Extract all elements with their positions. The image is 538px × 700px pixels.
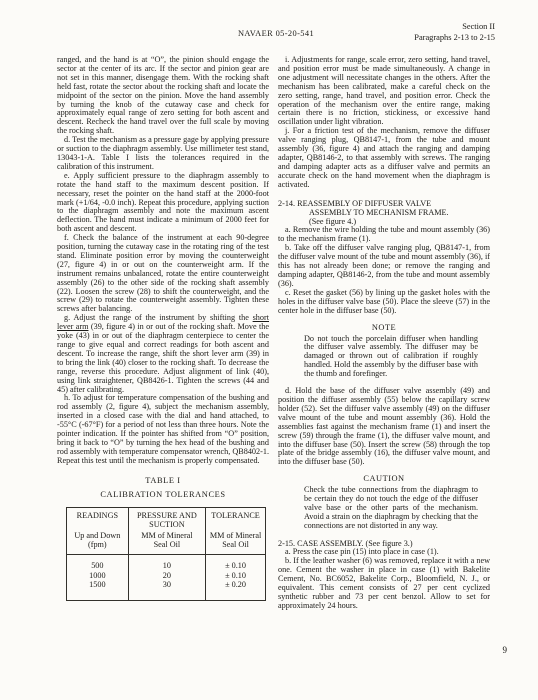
note-body: Do not touch the porcelain diffuser when… [278,335,490,380]
heading-2-14-line1: 2-14. REASSEMBLY OF DIFFUSER VALVE [278,199,490,208]
pressure-column-header: PRESSURE AND SUCTION MM of Mineral Seal … [128,507,205,554]
paragraph-continuation: ranged, and the hand is at “O”, the pini… [57,56,269,136]
section-label: Section II [414,22,495,33]
pressure-header-main: PRESSURE AND SUCTION [131,511,203,530]
tolerance-value: ± 0.20 [206,580,266,600]
paragraph-j: j. For a friction test of the mechanism,… [278,127,490,189]
tolerance-header-sub: MM of Mineral Seal Oil [208,531,263,550]
reading-value: 500 [67,555,129,571]
table-header: READINGS Up and Down (fpm) PRESSURE AND … [67,507,266,554]
note-heading: NOTE [278,323,490,332]
tolerance-header-main: TOLERANCE [208,511,263,530]
paragraph-e: e. Apply sufficient pressure to the diap… [57,172,269,234]
paragraph-d: d. Test the mechanism as a pressure gage… [57,136,269,172]
paragraph-h: h. To adjust for temperature compensatio… [57,394,269,465]
tolerance-column-header: TOLERANCE MM of Mineral Seal Oil [206,507,266,554]
paragraph-d2: d. Hold the base of the diffuser valve a… [278,387,490,467]
table-subtitle: CALIBRATION TOLERANCES [57,490,269,499]
header-right-block: Section II Paragraphs 2-13 to 2-15 [414,22,495,43]
two-column-body: ranged, and the hand is at “O”, the pini… [57,56,490,610]
pressure-value: 20 [128,571,205,581]
right-column: i. Adjustments for range, scale error, z… [278,56,490,610]
paragraph-range: Paragraphs 2-13 to 2-15 [414,33,495,44]
readings-header-main: READINGS [69,511,126,530]
paragraph-f: f. Check the balance of the instrument a… [57,234,269,314]
reading-value: 1500 [67,580,129,600]
left-column: ranged, and the hand is at “O”, the pini… [57,56,269,610]
paragraph-i: i. Adjustments for range, scale error, z… [278,56,490,127]
paragraph-b: b. Take off the diffuser valve ranging p… [278,244,490,289]
paragraph-g-start: g. Adjust the range of the instrument by… [64,313,253,322]
paragraph-g: g. Adjust the range of the instrument by… [57,314,269,394]
tolerance-value: ± 0.10 [206,555,266,571]
heading-2-14-line2: ASSEMBLY TO MECHANISM FRAME. [278,208,490,217]
heading-2-14: 2-14. REASSEMBLY OF DIFFUSER VALVE ASSEM… [278,199,490,227]
paragraph-c: c. Reset the gasket (56) by lining up th… [278,289,490,316]
readings-header-sub: Up and Down (fpm) [69,531,126,550]
table-row: 500 10 ± 0.10 [67,555,266,571]
paragraph-a: a. Remove the wire holding the tube and … [278,226,490,244]
calibration-tolerances-table: READINGS Up and Down (fpm) PRESSURE AND … [66,507,266,601]
tolerance-value: ± 0.10 [206,571,266,581]
table-row: 1500 30 ± 0.20 [67,580,266,600]
paragraph-b2: b. If the leather washer (6) was removed… [278,557,490,610]
table-row: 1000 20 ± 0.10 [67,571,266,581]
paragraph-g-end: (39, figure 4) in or out of the rocking … [57,322,269,393]
readings-column-header: READINGS Up and Down (fpm) [67,507,129,554]
manual-page: NAVAER 05-20-541 Section II Paragraphs 2… [0,0,538,700]
pressure-value: 30 [128,580,205,600]
page-number: 9 [503,645,508,655]
pressure-value: 10 [128,555,205,571]
caution-heading: CAUTION [278,474,490,483]
caution-body: Check the tube connections from the diap… [278,486,490,531]
pressure-header-sub: MM of Mineral Seal Oil [131,531,203,550]
table-title: TABLE I [57,476,269,485]
reading-value: 1000 [67,571,129,581]
